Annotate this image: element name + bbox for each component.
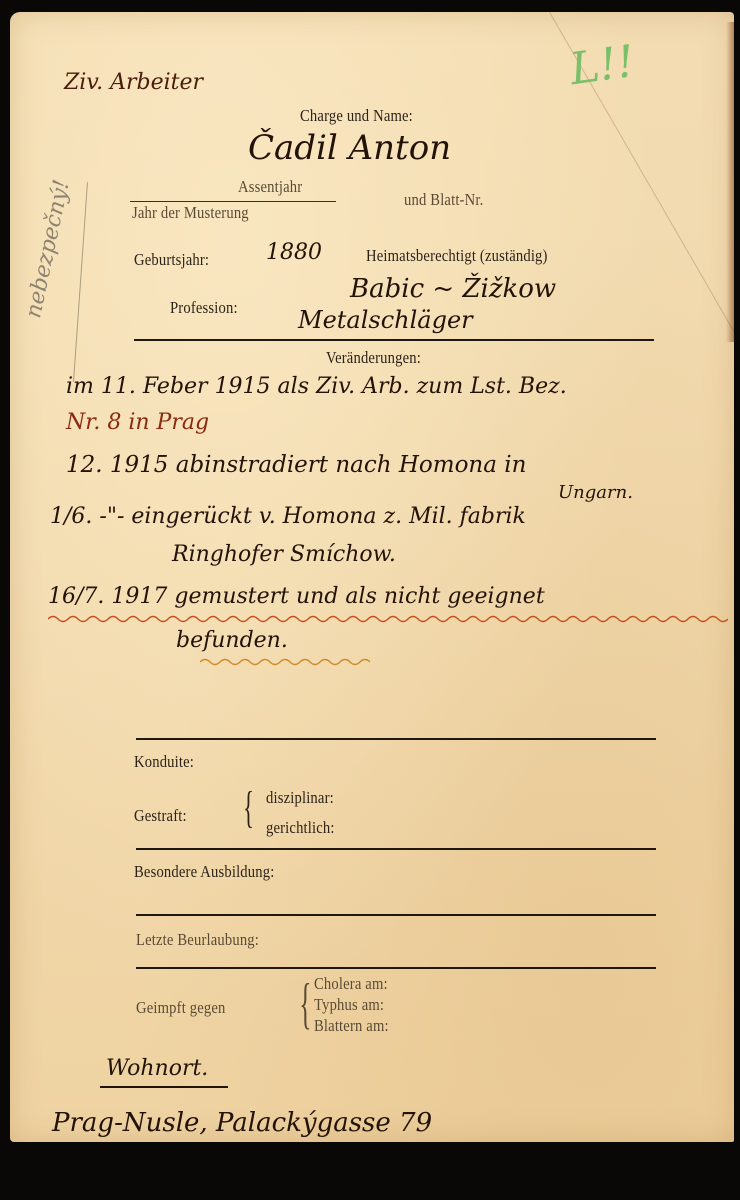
margin-note: nebezpečný!	[21, 159, 79, 321]
corner-mark: L!!	[567, 36, 638, 95]
birth-value: 1880	[266, 240, 322, 265]
heimat-label: Heimatsberechtigt (zuständig)	[366, 246, 548, 266]
card-edge-shadow	[726, 22, 734, 342]
beurlaubung-label: Letzte Beurlaubung:	[136, 930, 259, 950]
ausbildung-rule	[136, 914, 656, 916]
beurlaubung-rule	[136, 967, 656, 969]
change-line-4: 1/6. -"- eingerückt v. Homona z. Mil. fa…	[50, 504, 526, 529]
konduite-top-rule	[136, 738, 656, 740]
blattern-label: Blattern am:	[314, 1016, 389, 1036]
gestraft-bottom-rule	[136, 848, 656, 850]
geimpft-label: Geimpft gegen	[136, 998, 226, 1018]
residence-label-underline	[100, 1086, 228, 1088]
registration-card: Ziv. Arbeiter L!! nebezpečný! Charge und…	[10, 12, 734, 1142]
assentjahr-label: Assentjahr	[238, 177, 302, 197]
change-line-6: 16/7. 1917 gemustert und als nicht geeig…	[48, 584, 545, 609]
gerichtlich-label: gerichtlich:	[266, 818, 335, 838]
orange-wavy-underline	[200, 657, 370, 667]
top-note: Ziv. Arbeiter	[64, 70, 203, 95]
assentjahr-rule	[130, 201, 336, 202]
change-line-5: Ringhofer Smíchow.	[172, 542, 396, 567]
changes-label: Veränderungen:	[326, 348, 421, 368]
ausbildung-label: Besondere Ausbildung:	[134, 862, 274, 882]
konduite-label: Konduite:	[134, 752, 194, 772]
margin-pencil-line	[73, 182, 88, 382]
charge-label: Charge und Name:	[300, 106, 413, 126]
profession-label: Profession:	[170, 298, 238, 318]
cholera-label: Cholera am:	[314, 974, 388, 994]
disziplinar-label: disziplinar:	[266, 788, 334, 808]
heimat-value: Babic ~ Žižkow	[350, 274, 556, 304]
geimpft-brace: {	[299, 976, 311, 1032]
residence-value: Prag-Nusle, Palackýgasse 79	[52, 1108, 432, 1138]
change-line-7: befunden.	[176, 628, 288, 653]
change-line-3-note: Ungarn.	[558, 482, 633, 503]
red-wavy-underline	[48, 614, 728, 624]
residence-label: Wohnort.	[106, 1056, 208, 1081]
change-line-1: im 11. Feber 1915 als Ziv. Arb. zum Lst.…	[66, 374, 567, 399]
gestraft-label: Gestraft:	[134, 806, 187, 826]
musterung-label: Jahr der Musterung	[132, 203, 249, 223]
folded-corner	[10, 12, 734, 1142]
profession-value: Metalschläger	[298, 306, 473, 334]
blatt-label: und Blatt-Nr.	[404, 190, 483, 210]
gestraft-brace: {	[243, 786, 254, 830]
profession-rule	[134, 339, 654, 341]
birth-label: Geburtsjahr:	[134, 250, 209, 270]
change-line-2: Nr. 8 in Prag	[66, 410, 209, 435]
change-line-3: 12. 1915 abinstradiert nach Homona in	[66, 452, 526, 478]
typhus-label: Typhus am:	[314, 995, 384, 1015]
name-value: Čadil Anton	[248, 128, 451, 168]
